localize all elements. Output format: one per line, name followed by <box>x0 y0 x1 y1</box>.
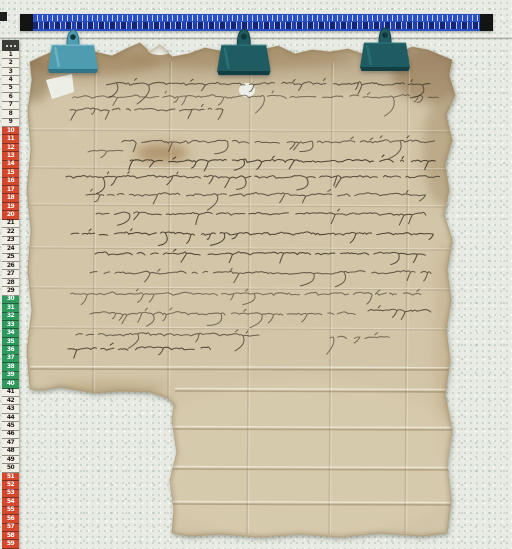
clip-lip <box>360 67 410 71</box>
photo-scene: 1234567891011121314151617181920212223242… <box>0 0 512 549</box>
clip-hole <box>382 32 388 38</box>
left-binder-clip <box>47 28 99 74</box>
manuscript-document <box>0 0 512 549</box>
right-binder-clip <box>359 26 411 72</box>
center-binder-clip <box>216 27 272 76</box>
clip-hole <box>70 34 76 40</box>
clip-lip <box>48 69 98 73</box>
clip-hole <box>241 34 247 40</box>
clip-lip <box>217 71 270 75</box>
